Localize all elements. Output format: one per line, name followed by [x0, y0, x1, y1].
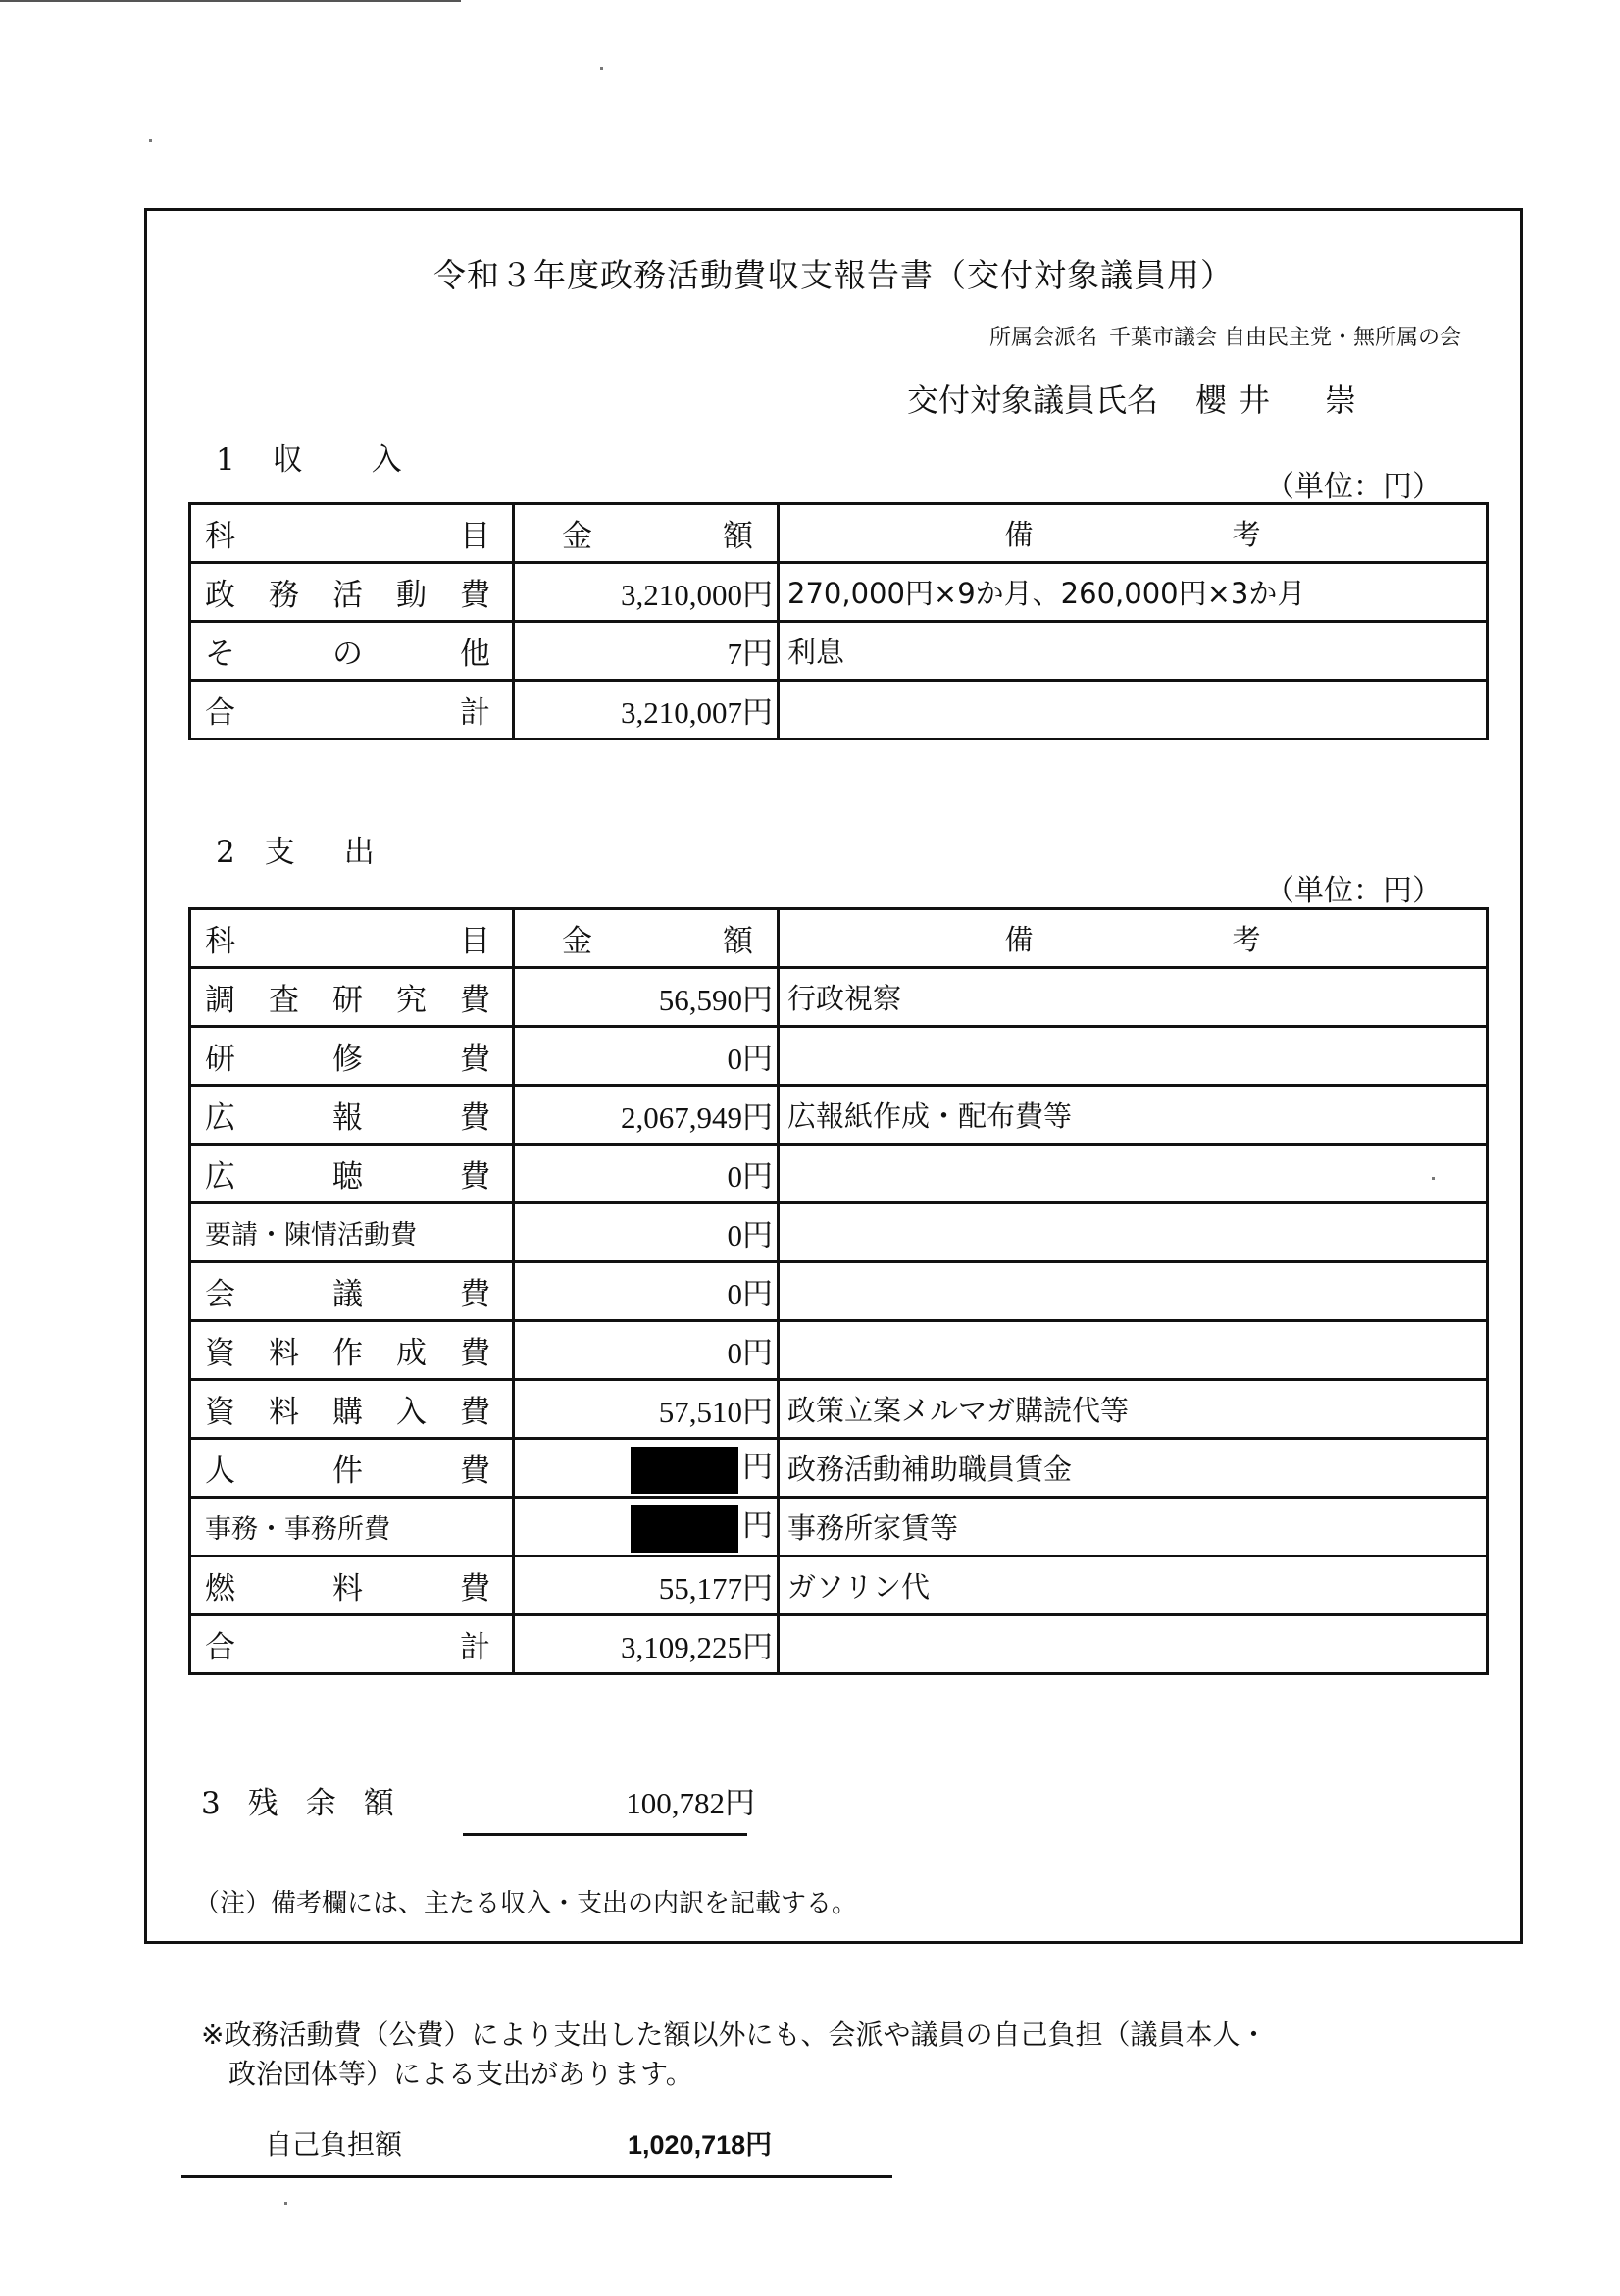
expenditure-unit: （単位：円）: [1265, 866, 1442, 909]
expenditure-heading-char: 出: [344, 827, 375, 871]
balance-heading-char: 額: [364, 1786, 394, 1821]
header-amount: 金: [562, 916, 592, 960]
remarks-cell: ガソリン代: [779, 1556, 1488, 1615]
amount-cell: 57,510円: [514, 1380, 779, 1439]
table-row: 会議費 0円: [190, 1262, 1488, 1321]
header-subject: 目: [460, 511, 490, 555]
faction-line: 所属会派名千葉市議会 自由民主党・無所属の会: [989, 321, 1461, 351]
balance-heading-num: 3: [201, 1786, 221, 1821]
table-row: 資料作成費 0円: [190, 1321, 1488, 1380]
header-remarks: 考: [1232, 918, 1260, 958]
subject-char: 資: [205, 1328, 235, 1372]
subject-char: 研: [205, 1034, 235, 1078]
remarks-cell: 政務活動補助職員賃金: [779, 1439, 1488, 1498]
report-frame: 令和３年度政務活動費収支報告書（交付対象議員用） 所属会派名千葉市議会 自由民主…: [144, 208, 1523, 1944]
footnote-line-1: ※政務活動費（公費）により支出した額以外にも、会派や議員の自己負担（議員本人・: [201, 2018, 1267, 2051]
member-label: 交付対象議員氏名: [907, 382, 1158, 419]
table-row: 広聴費 0円: [190, 1145, 1488, 1203]
amount-cell: 0円: [514, 1262, 779, 1321]
subject-char: 活: [332, 570, 363, 614]
table-header-row: 科目 金額 備考: [190, 504, 1488, 563]
subject-char: 研: [332, 975, 363, 1019]
scan-speck: [600, 67, 603, 70]
balance-value: 100,782円: [461, 1778, 755, 1822]
subject-char: 修: [332, 1034, 363, 1078]
amount-cell: 0円: [514, 1203, 779, 1262]
report-title: 令和３年度政務活動費収支報告書（交付対象議員用）: [147, 250, 1520, 296]
subject-char: 動: [396, 570, 427, 614]
subject-char: そ: [205, 629, 235, 673]
header-remarks: 備: [1004, 513, 1033, 553]
amount-cell: 2,067,949円: [514, 1086, 779, 1145]
income-heading: 1収入: [216, 434, 402, 479]
table-row: 要請・陳情活動費 0円: [190, 1203, 1488, 1262]
table-header-row: 科目 金額 備考: [190, 909, 1488, 968]
member-line: 交付対象議員氏名櫻井 崇: [907, 376, 1368, 421]
subject-char: 調: [205, 975, 235, 1019]
subject-text: 要請・陳情活動費: [199, 1220, 417, 1250]
subject-char: 合: [205, 1622, 235, 1666]
subject-char: 計: [460, 688, 490, 732]
scan-speck: [149, 139, 152, 142]
subject-char: 料: [269, 1328, 299, 1372]
amount-cell: 3,210,000円: [514, 563, 779, 622]
header-subject: 科: [205, 916, 235, 960]
subject-char: 費: [460, 1034, 490, 1078]
income-heading-num: 1: [216, 442, 235, 478]
table-row: 事務・事務所費 円 事務所家賃等: [190, 1498, 1488, 1556]
amount-cell: 3,109,225円: [514, 1615, 779, 1674]
faction-value: 千葉市議会 自由民主党・無所属の会: [1109, 326, 1461, 350]
subject-char: 費: [460, 1093, 490, 1137]
subject-char: 費: [460, 1151, 490, 1196]
faction-label: 所属会派名: [989, 326, 1097, 350]
amount-cell: 0円: [514, 1321, 779, 1380]
expenditure-heading-char: 支: [265, 827, 295, 871]
amount-cell: 56,590円: [514, 968, 779, 1027]
self-pay-value: 1,020,718円: [628, 2123, 772, 2162]
table-row: 政務活動費 3,210,000円 270,000円×9か月、260,000円×3…: [190, 563, 1488, 622]
amount-cell: 円: [514, 1498, 779, 1556]
subject-char: 料: [332, 1563, 363, 1607]
table-total-row: 合計 3,109,225円: [190, 1615, 1488, 1674]
subject-char: 人: [205, 1446, 235, 1490]
amount-cell: 55,177円: [514, 1556, 779, 1615]
subject-char: 燃: [205, 1563, 235, 1607]
table-total-row: 合計 3,210,007円: [190, 681, 1488, 740]
remarks-cell: 事務所家賃等: [779, 1498, 1488, 1556]
remarks-cell: [779, 1615, 1488, 1674]
expenditure-heading: 2支出: [216, 827, 375, 871]
self-pay-label: 自己負担額: [265, 2123, 402, 2163]
income-heading-char: 入: [372, 434, 402, 479]
header-subject: 目: [460, 916, 490, 960]
header-amount: 額: [723, 916, 753, 960]
remarks-cell: [779, 681, 1488, 740]
subject-char: 購: [332, 1387, 363, 1431]
subject-char: 他: [460, 629, 490, 673]
table-row: 研修費 0円: [190, 1027, 1488, 1086]
balance-underline: [463, 1833, 747, 1836]
table-row: その他 7円 利息: [190, 622, 1488, 681]
remarks-cell: 270,000円×9か月、260,000円×3か月: [779, 563, 1488, 622]
subject-char: 聴: [332, 1151, 363, 1196]
amount-unit: 円: [742, 1450, 773, 1484]
expenditure-table: 科目 金額 備考 調査研究費 56,590円 行政視察 研修費 0円 広報費 2…: [188, 907, 1489, 1675]
subject-char: 費: [460, 1328, 490, 1372]
balance-heading-char: 余: [306, 1786, 336, 1821]
subject-char: 計: [460, 1622, 490, 1666]
subject-char: 費: [460, 975, 490, 1019]
header-amount: 額: [723, 511, 753, 555]
remarks-note: （注）備考欄には、主たる収入・支出の内訳を記載する。: [194, 1883, 857, 1919]
subject-text: 事務・事務所費: [199, 1514, 390, 1545]
amount-cell: 0円: [514, 1145, 779, 1203]
amount-cell: 0円: [514, 1027, 779, 1086]
subject-char: 費: [460, 1563, 490, 1607]
income-unit: （単位：円）: [1265, 462, 1442, 505]
table-row: 広報費 2,067,949円 広報紙作成・配布費等: [190, 1086, 1488, 1145]
subject-char: 費: [460, 570, 490, 614]
amount-cell: 3,210,007円: [514, 681, 779, 740]
expenditure-heading-num: 2: [216, 835, 235, 870]
subject-char: 成: [396, 1328, 427, 1372]
redaction-block: [631, 1505, 738, 1553]
header-remarks: 備: [1004, 918, 1033, 958]
amount-cell: 円: [514, 1439, 779, 1498]
member-name: 櫻井 崇: [1195, 382, 1368, 419]
subject-char: 議: [332, 1269, 363, 1313]
header-subject: 科: [205, 511, 235, 555]
subject-char: 料: [269, 1387, 299, 1431]
balance-heading-char: 残: [248, 1786, 278, 1821]
subject-char: 作: [332, 1328, 363, 1372]
table-row: 人件費 円 政務活動補助職員賃金: [190, 1439, 1488, 1498]
subject-char: 資: [205, 1387, 235, 1431]
amount-cell: 7円: [514, 622, 779, 681]
subject-char: 費: [460, 1269, 490, 1313]
remarks-cell: [779, 1145, 1488, 1203]
self-pay-underline: [181, 2175, 892, 2178]
remarks-cell: 行政視察: [779, 968, 1488, 1027]
table-row: 調査研究費 56,590円 行政視察: [190, 968, 1488, 1027]
subject-char: 費: [460, 1446, 490, 1490]
remarks-cell: [779, 1203, 1488, 1262]
subject-char: 広: [205, 1093, 235, 1137]
header-remarks: 考: [1232, 513, 1260, 553]
remarks-cell: [779, 1262, 1488, 1321]
income-table: 科目 金額 備考 政務活動費 3,210,000円 270,000円×9か月、2…: [188, 502, 1489, 740]
amount-unit: 円: [742, 1508, 773, 1543]
income-heading-char: 収: [273, 434, 303, 479]
subject-char: 査: [269, 975, 299, 1019]
remarks-cell: [779, 1321, 1488, 1380]
subject-char: 報: [332, 1093, 363, 1137]
subject-char: 政: [205, 570, 235, 614]
subject-char: の: [332, 629, 363, 673]
scan-speck: [284, 2202, 287, 2205]
redaction-block: [631, 1447, 738, 1494]
subject-char: 合: [205, 688, 235, 732]
subject-char: 件: [332, 1446, 363, 1490]
footnote-line-2: 政治団体等）による支出があります。: [201, 2055, 1505, 2094]
subject-char: 会: [205, 1269, 235, 1313]
remarks-cell: 利息: [779, 622, 1488, 681]
scan-speck: [1432, 1177, 1435, 1180]
self-burden-footnote: ※政務活動費（公費）により支出した額以外にも、会派や議員の自己負担（議員本人・ …: [201, 2015, 1505, 2094]
remarks-cell: [779, 1027, 1488, 1086]
table-row: 燃料費 55,177円 ガソリン代: [190, 1556, 1488, 1615]
subject-char: 入: [396, 1387, 427, 1431]
balance-heading: 3残余額: [201, 1778, 422, 1822]
header-amount: 金: [562, 511, 592, 555]
subject-char: 費: [460, 1387, 490, 1431]
remarks-cell: 広報紙作成・配布費等: [779, 1086, 1488, 1145]
remarks-cell: 政策立案メルマガ購読代等: [779, 1380, 1488, 1439]
subject-char: 究: [396, 975, 427, 1019]
subject-char: 広: [205, 1151, 235, 1196]
subject-char: 務: [269, 570, 299, 614]
scan-edge-line: [0, 0, 461, 2]
table-row: 資料購入費 57,510円 政策立案メルマガ購読代等: [190, 1380, 1488, 1439]
